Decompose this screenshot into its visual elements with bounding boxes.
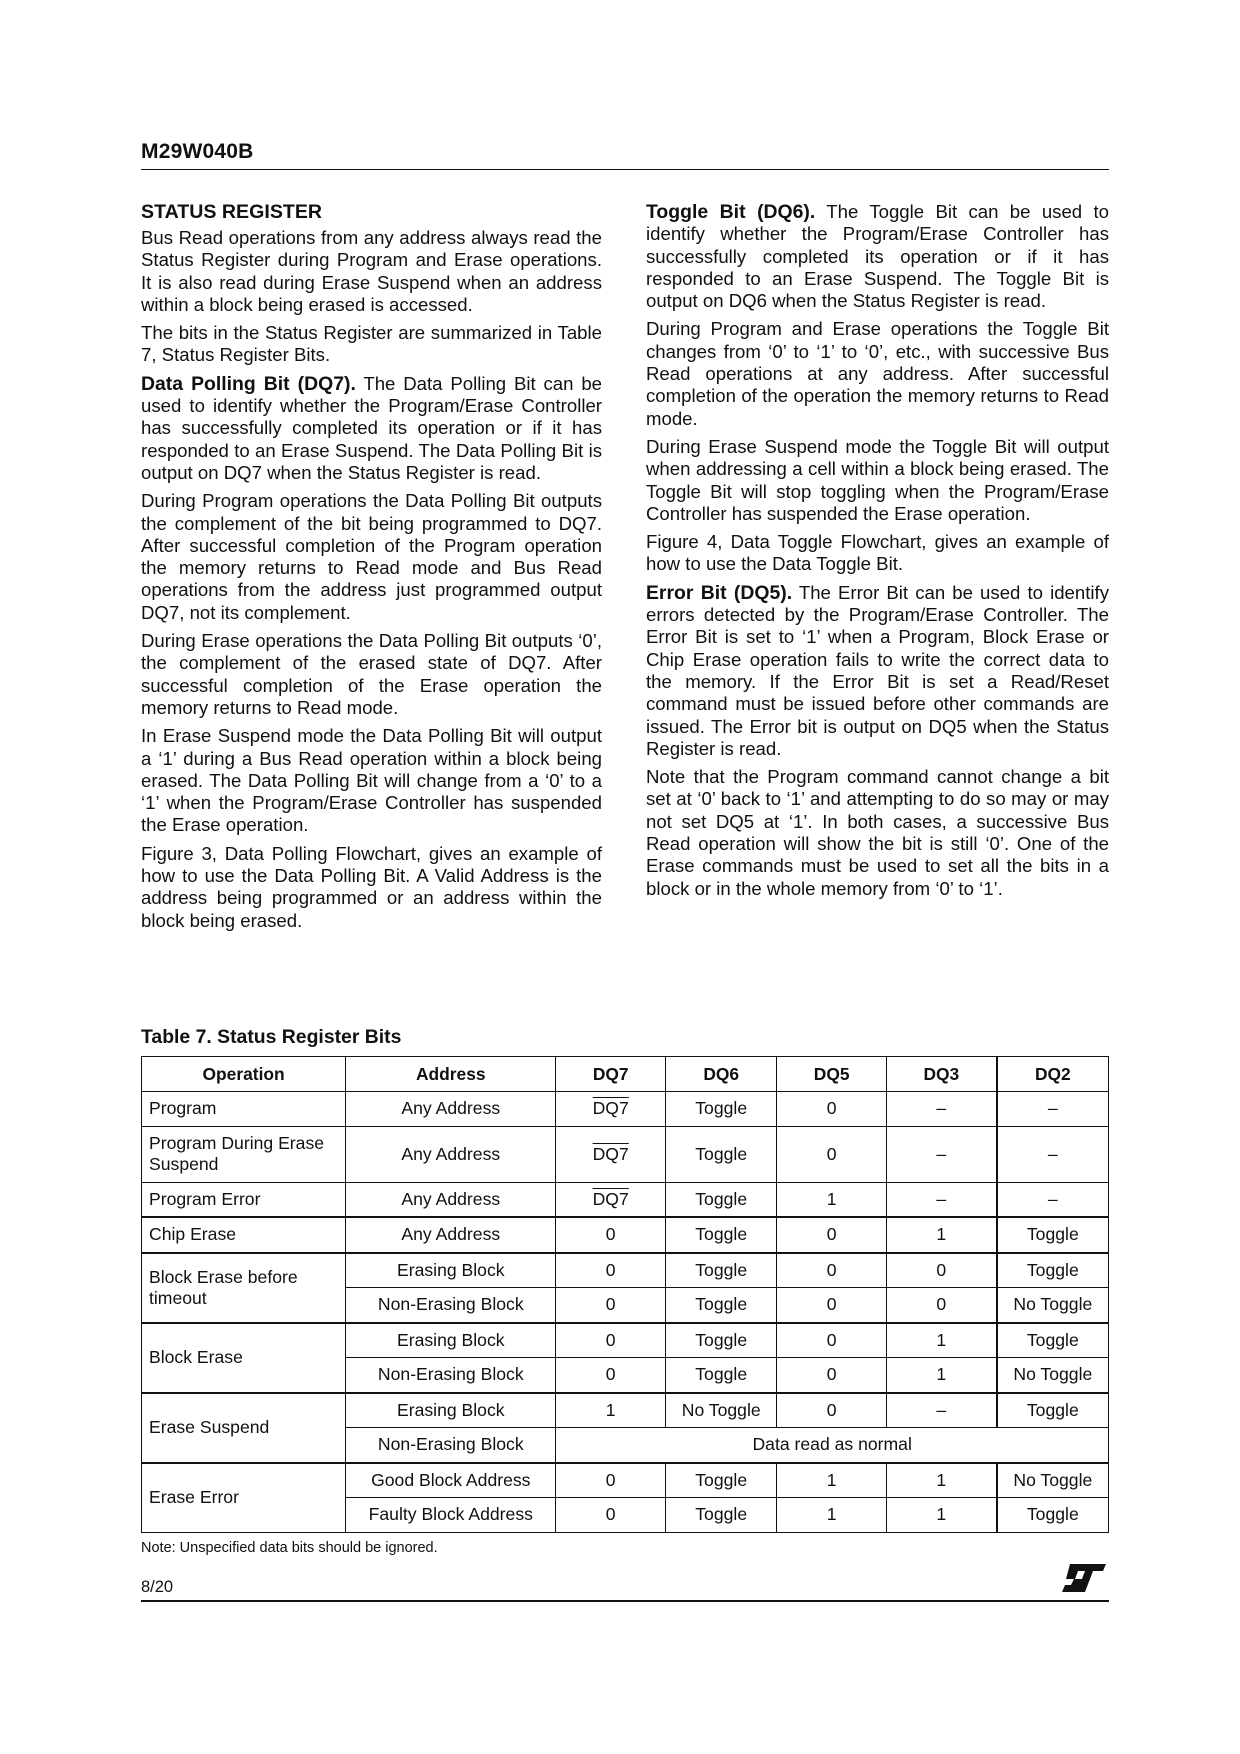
dq7-complement: DQ7 xyxy=(556,1092,666,1127)
table-row: Erase Suspend Erasing Block 1 No Toggle … xyxy=(142,1393,1109,1428)
dq7-complement: DQ7 xyxy=(556,1182,666,1217)
left-column: STATUS REGISTER Bus Read operations from… xyxy=(141,200,602,938)
column-header: DQ2 xyxy=(997,1057,1109,1092)
paragraph-toggle-bit: Toggle Bit (DQ6). The Toggle Bit can be … xyxy=(646,201,1109,312)
column-header: Operation xyxy=(142,1057,346,1092)
table-note: Note: Unspecified data bits should be ig… xyxy=(141,1540,438,1556)
paragraph: During Program operations the Data Polli… xyxy=(141,490,602,624)
section-heading: STATUS REGISTER xyxy=(141,200,602,224)
table-row: Program Any Address DQ7 Toggle 0 – – xyxy=(142,1092,1109,1127)
paragraph: In Erase Suspend mode the Data Polling B… xyxy=(141,725,602,836)
column-header: DQ6 xyxy=(666,1057,777,1092)
dq7-complement: DQ7 xyxy=(556,1126,666,1182)
header-divider xyxy=(141,169,1109,170)
column-header: DQ3 xyxy=(887,1057,997,1092)
merged-cell: Data read as normal xyxy=(556,1428,1109,1463)
table-row: Erase Error Good Block Address 0 Toggle … xyxy=(142,1463,1109,1498)
column-header: DQ7 xyxy=(556,1057,666,1092)
table-row: Block Erase Erasing Block 0 Toggle 0 1 T… xyxy=(142,1323,1109,1358)
paragraph: Bus Read operations from any address alw… xyxy=(141,227,602,316)
column-header: Address xyxy=(346,1057,556,1092)
paragraph-error-bit: Error Bit (DQ5). The Error Bit can be us… xyxy=(646,582,1109,760)
paragraph-data-polling: Data Polling Bit (DQ7). The Data Polling… xyxy=(141,373,602,484)
document-part-number: M29W040B xyxy=(141,140,253,164)
table-row: Block Erase before timeout Erasing Block… xyxy=(142,1253,1109,1288)
paragraph: The bits in the Status Register are summ… xyxy=(141,322,602,367)
st-logo-icon xyxy=(1060,1562,1108,1594)
footer-divider xyxy=(141,1600,1109,1602)
paragraph: Figure 4, Data Toggle Flowchart, gives a… xyxy=(646,531,1109,576)
table-header-row: Operation Address DQ7 DQ6 DQ5 DQ3 DQ2 xyxy=(142,1057,1109,1092)
paragraph: During Erase operations the Data Polling… xyxy=(141,630,602,719)
paragraph: Figure 3, Data Polling Flowchart, gives … xyxy=(141,843,602,932)
status-register-table: Operation Address DQ7 DQ6 DQ5 DQ3 DQ2 Pr… xyxy=(141,1056,1109,1533)
table-caption: Table 7. Status Register Bits xyxy=(141,1026,401,1049)
paragraph: During Program and Erase operations the … xyxy=(646,318,1109,429)
right-column: Toggle Bit (DQ6). The Toggle Bit can be … xyxy=(646,201,1109,906)
paragraph-lead: Data Polling Bit (DQ7). xyxy=(141,373,356,395)
paragraph: During Erase Suspend mode the Toggle Bit… xyxy=(646,436,1109,525)
paragraph-lead: Error Bit (DQ5). xyxy=(646,582,792,604)
table-row: Program During Erase Suspend Any Address… xyxy=(142,1126,1109,1182)
paragraph-lead: Toggle Bit (DQ6). xyxy=(646,201,815,223)
table-row: Program Error Any Address DQ7 Toggle 1 –… xyxy=(142,1182,1109,1217)
paragraph: Note that the Program command cannot cha… xyxy=(646,766,1109,900)
table-row: Chip Erase Any Address 0 Toggle 0 1 Togg… xyxy=(142,1217,1109,1253)
column-header: DQ5 xyxy=(777,1057,887,1092)
page-number: 8/20 xyxy=(141,1578,173,1597)
